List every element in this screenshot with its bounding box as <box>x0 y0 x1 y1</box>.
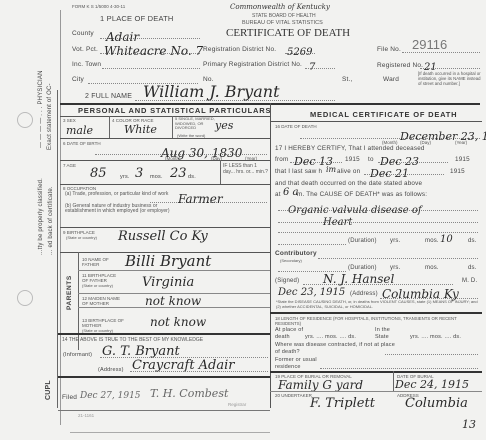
ds-label: ds. <box>188 174 196 180</box>
st-label: St., <box>342 76 353 83</box>
physician-address-field[interactable]: Columbia Ky <box>380 285 478 299</box>
full-name-field[interactable]: William J. Bryant <box>135 82 335 101</box>
last-saw-label: that I last saw h <box>275 168 322 175</box>
file-no-label: File No. <box>377 46 401 53</box>
birthplace-sub: (State or country) <box>66 235 97 240</box>
registrar-signature: T. H. Combest <box>150 387 228 400</box>
divider <box>270 391 482 392</box>
last-saw-field[interactable]: Dec 21 <box>364 164 444 175</box>
filed-date: Dec 27, 1915 <box>80 391 141 401</box>
last-saw-pronoun: im <box>326 165 336 174</box>
mos-label: mos. <box>150 174 163 180</box>
at-place-label: At place of death <box>275 327 305 340</box>
occupation-b-label: (b) General nature of industry business … <box>65 204 175 214</box>
marital-value: yes <box>215 119 233 132</box>
father-birthplace-value: Virginia <box>142 275 194 290</box>
father-name-value: Billi Bryant <box>125 252 211 270</box>
burial-place-value: Family G yard <box>278 378 363 392</box>
where-contracted-field[interactable] <box>385 348 478 355</box>
undertaker-label: 20 UNDERTAKER <box>275 393 312 398</box>
contributory-field[interactable] <box>318 250 478 259</box>
father-birthplace-sub: (State or country) <box>82 283 113 288</box>
father-birthplace-label: 11 BIRTHPLACE OF FATHER <box>82 273 122 283</box>
place-of-death-label: 1 PLACE OF DEATH <box>100 14 174 23</box>
divider <box>60 138 270 139</box>
divider <box>270 312 482 314</box>
hospital-note: [If death occurred in a hospital or inst… <box>418 71 484 86</box>
personal-section-title: PERSONAL AND STATISTICAL PARTICULARS <box>78 106 271 115</box>
age-months-value: 3 <box>135 166 143 181</box>
informant-address-label: (Address) <box>98 367 124 373</box>
divider <box>393 371 394 391</box>
margin-note-3: ...tty be properly classified. <box>38 178 44 255</box>
marital-label: 5 SINGLE, MARRIED, WIDOWED, OR DIVORCED <box>175 117 215 131</box>
occurred-text: and that death occurred on the date stat… <box>275 180 422 187</box>
form-number: FORM K S 1/5000 4-30-11 <box>72 4 125 9</box>
to-field[interactable]: Dec 23 <box>378 152 448 163</box>
divider <box>78 252 79 350</box>
at-place-units: yrs. .... mos. .... ds. <box>305 334 356 340</box>
mother-birthplace-value: not know <box>150 315 206 329</box>
undertaker-value: F. Triplett <box>310 396 375 411</box>
residence-label: 18 LENGTH OF RESIDENCE (FOR HOSPITALS, I… <box>275 316 481 326</box>
md-label: M. D. <box>462 278 477 284</box>
duration-blank <box>278 236 346 245</box>
mother-name-value: not know <box>145 294 201 308</box>
primary-registration-label: Primary Registration District No. <box>203 61 302 68</box>
divider <box>78 307 270 308</box>
county-field[interactable]: Adair <box>100 28 200 39</box>
informant-address-field[interactable]: Craycraft Adair <box>130 356 268 372</box>
punch-hole <box>17 112 33 128</box>
at-label: at <box>275 191 281 198</box>
to-label: to <box>368 156 374 163</box>
divider <box>58 376 270 378</box>
vot-pct-field[interactable]: Whiteacre No. 7 <box>100 42 200 54</box>
inc-town-field[interactable] <box>102 59 200 69</box>
form-left-margin-line <box>60 10 61 425</box>
father-name-label: 10 NAME OF FATHER <box>82 257 122 267</box>
punch-hole <box>17 290 33 306</box>
birthplace-value: Russell Co Ky <box>118 229 208 244</box>
registration-district-label: Registration District No. <box>203 46 276 53</box>
divider <box>270 121 482 122</box>
contributory-label: Contributory <box>275 250 317 257</box>
last-saw-value: Dec 21 <box>370 167 409 180</box>
registration-district-field[interactable]: 5269 <box>285 42 315 54</box>
inc-town-label: Inc. Town <box>72 61 101 68</box>
informant-address-value: Craycraft Adair <box>132 358 235 373</box>
registered-no-label: Registered No. <box>377 62 423 69</box>
if-less-label: IF LESS than 1 day... hrs. or... min.? <box>223 163 269 175</box>
date-of-death-value: December 23, 1915 <box>400 130 486 143</box>
registered-no-field[interactable]: 21 <box>420 57 480 69</box>
registrar-label: Registrar <box>228 402 246 407</box>
divider <box>60 184 270 185</box>
divider <box>60 227 270 228</box>
signed-label: (Signed) <box>275 278 299 284</box>
divider <box>58 333 270 335</box>
primary-registration-value: 7 <box>309 62 315 73</box>
divider <box>58 410 270 411</box>
divider <box>70 432 270 433</box>
to-year: 1915 <box>455 156 470 163</box>
cause-footnote: *State the DISEASE CAUSING DEATH, or, in… <box>276 300 482 310</box>
divider <box>109 116 110 138</box>
vot-pct-value: Whiteacre No. 7 <box>104 44 203 58</box>
informant-label: (Informant) <box>63 352 92 358</box>
age-label: 7 AGE <box>63 163 76 168</box>
signed-field[interactable]: N. J. Hansel <box>303 270 453 285</box>
age-days-value: 23 <box>170 166 187 181</box>
vot-pct-label: Vot. Pct. <box>72 46 98 53</box>
cause-field-2[interactable]: Heart <box>278 212 478 223</box>
divider <box>60 160 270 161</box>
mother-name-label: 12 MAIDEN NAME OF MOTHER <box>82 296 127 306</box>
primary-registration-field[interactable]: 7 <box>305 57 335 69</box>
file-no-field[interactable]: 29116 <box>402 36 480 53</box>
divider <box>220 160 221 184</box>
signed-date: Dec 23, 1915 <box>278 287 345 298</box>
from-field[interactable]: Dec 13 <box>290 152 342 163</box>
full-name-label: 2 FULL NAME <box>85 93 132 100</box>
duration-ds: ds. <box>468 238 477 244</box>
certificate-title: CERTIFICATE OF DEATH <box>226 27 350 39</box>
dod-year-sub: (Year) <box>455 140 467 145</box>
form-code: 21-1161 <box>78 413 94 418</box>
cause-field-1[interactable]: Organic valvula disease of <box>278 200 478 211</box>
in-state-label: In the State <box>375 327 399 340</box>
dob-field[interactable]: Aug 30, 1830 <box>95 144 267 155</box>
filed-label: Filed <box>62 394 77 401</box>
last-saw-year: 1915 <box>450 168 465 175</box>
column-divider <box>270 103 271 408</box>
parents-label: PARENTS <box>66 275 73 310</box>
certify-label: 17 I HEREBY CERTIFY, That I attended dec… <box>275 145 425 152</box>
in-state-units: yrs. .... mos. .... ds. <box>410 334 461 340</box>
cause-field-3[interactable] <box>278 224 478 233</box>
sex-value: male <box>66 124 93 137</box>
former-residence-label: Former or usual residence <box>275 357 325 371</box>
mother-birthplace-label: 13 BIRTHPLACE OF MOTHER <box>82 318 127 328</box>
sex-label: 3 SEX <box>63 118 76 123</box>
margin-note-4: ... ed back of certificate. <box>48 186 54 255</box>
divider <box>270 371 482 373</box>
signed-value: N. J. Hansel <box>323 272 394 286</box>
bureau-title: BUREAU OF VITAL STATISTICS <box>242 20 323 26</box>
county-label: County <box>72 30 94 37</box>
board-title: STATE BOARD OF HEALTH <box>252 13 316 19</box>
margin-note-2: Exact statement of OC- <box>47 83 53 150</box>
ward-label: Ward <box>383 76 399 83</box>
divider <box>78 270 270 271</box>
alive-on-label: alive on <box>337 168 360 175</box>
undertaker-address-value: Columbia <box>405 396 468 411</box>
physician-address-label: (Address) <box>350 291 378 297</box>
contributory-ds: ds. <box>468 265 477 271</box>
form-left-border <box>57 90 58 408</box>
divider <box>172 116 173 138</box>
margin-note-1: — — — — . . . PHYSICIAN <box>38 70 44 148</box>
commonwealth-title: Commonwealth of Kentucky <box>230 3 330 11</box>
from-label: from <box>275 156 288 163</box>
occupation-field[interactable]: Farmer <box>150 190 267 203</box>
page-mark: 13 <box>462 418 476 431</box>
yrs-label: yrs. <box>120 174 130 180</box>
duration-yrs: yrs. <box>390 238 400 244</box>
date-of-death-field[interactable]: December 23, 1915 <box>300 127 480 139</box>
cup-label: CUPL <box>45 380 52 400</box>
divider <box>60 116 270 117</box>
file-no-value: 29116 <box>412 37 447 52</box>
from-year: 1915 <box>345 156 360 163</box>
duration-days-value: 10 <box>440 234 453 245</box>
burial-date-value: Dec 24, 1915 <box>395 378 469 391</box>
occupation-value: Farmer <box>178 192 223 206</box>
duration-label: (Duration) <box>348 238 377 244</box>
city-label: City <box>72 76 84 83</box>
full-name-value: William J. Bryant <box>143 82 280 101</box>
medical-section-title: MEDICAL CERTIFICATE OF DEATH <box>310 110 457 119</box>
cause-intro: m. The CAUSE OF DEATH* was as follows: <box>297 191 427 198</box>
where-contracted-label: Where was disease contracted, if not at … <box>275 342 395 356</box>
duration-mos: mos. <box>425 238 439 244</box>
color-value: White <box>124 123 157 136</box>
age-years-value: 85 <box>90 166 107 181</box>
former-residence-field[interactable] <box>320 362 478 369</box>
